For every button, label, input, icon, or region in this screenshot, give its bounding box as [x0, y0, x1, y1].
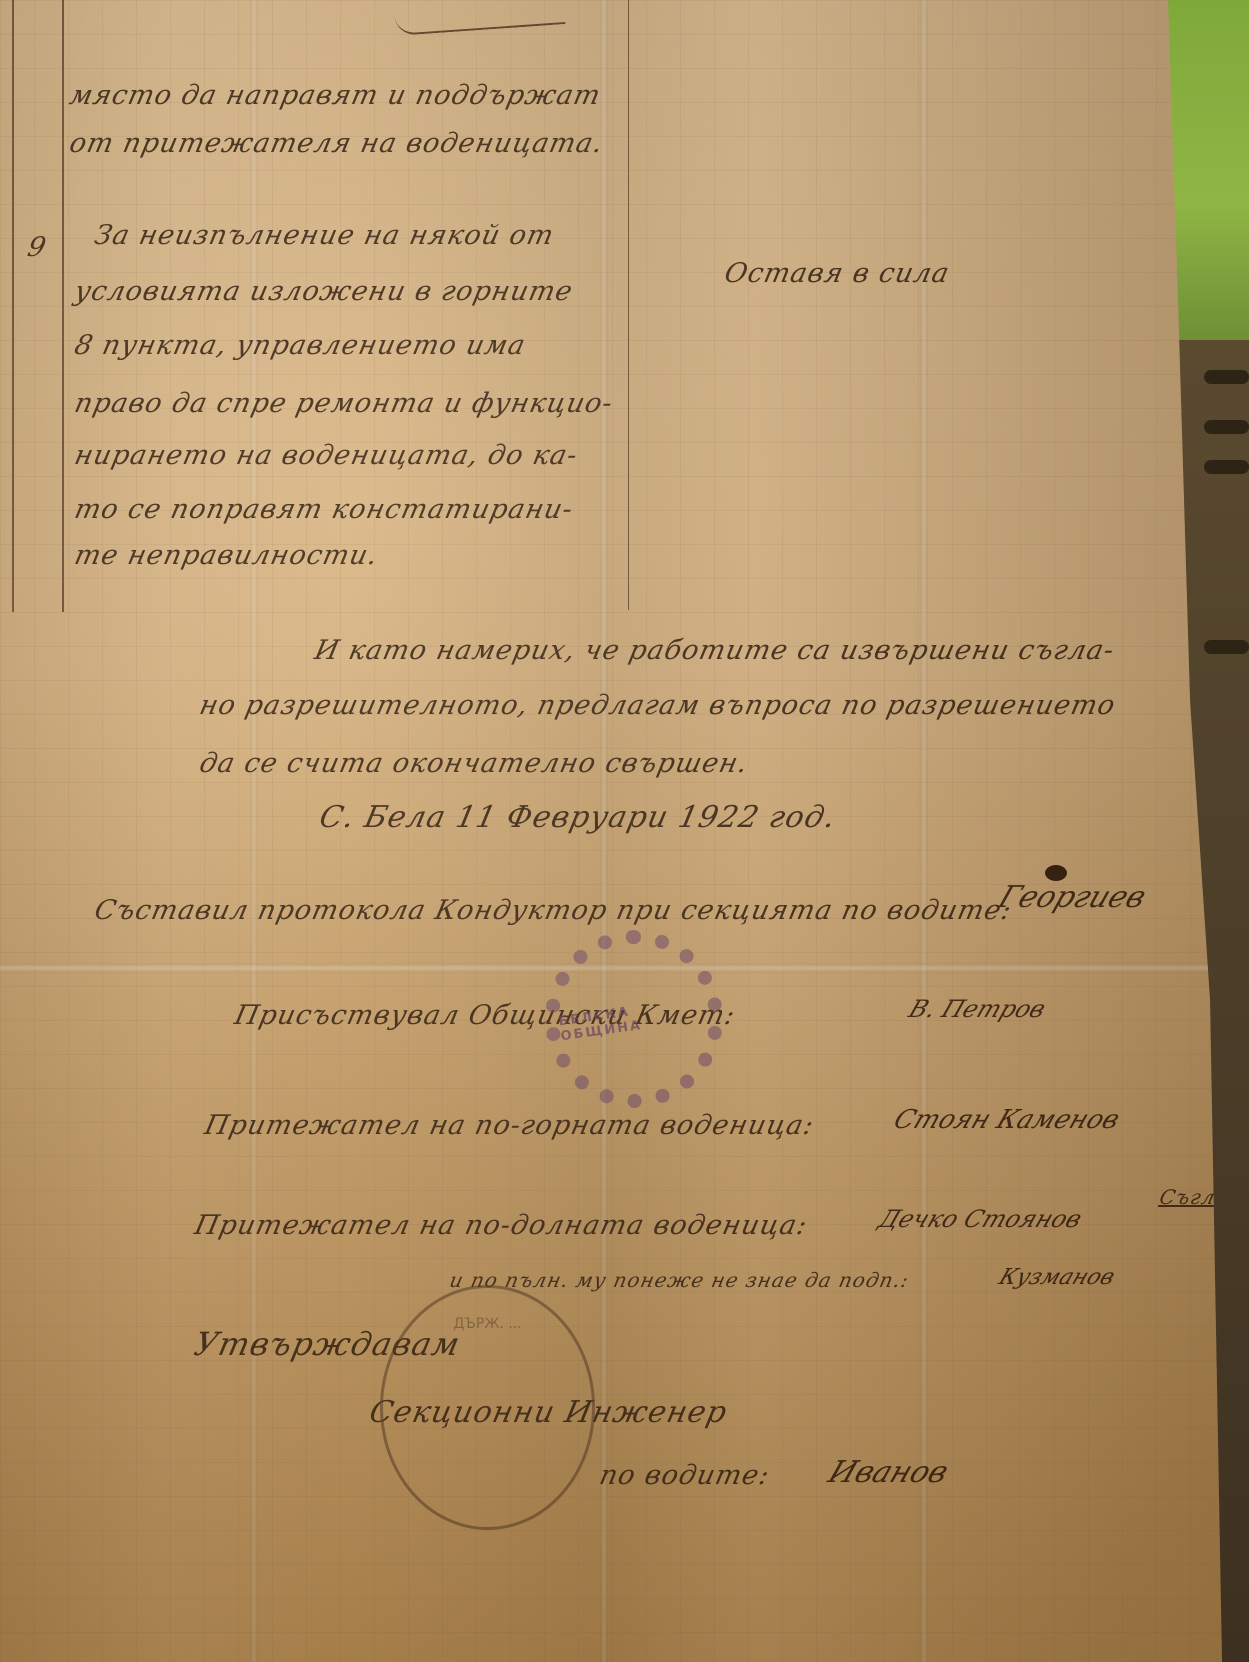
conclusion-line: но разрешителното, предлагам въпроса по …: [197, 690, 1119, 721]
ink-blot: [1045, 865, 1067, 881]
condition-line: те неправилности.: [72, 540, 381, 571]
paper-fold: [920, 0, 928, 1662]
signatory-extra-line: и по пълн. му понеже не знае да подп.:: [447, 1268, 911, 1292]
stamp-text: ДЪРЖ. ...: [453, 1316, 521, 1332]
row-decision: Оставя в сила: [722, 258, 953, 289]
table-border-left: [12, 0, 14, 612]
signature: Кузманов: [995, 1265, 1118, 1290]
table-column-divider: [62, 0, 64, 612]
table-continued-line: от притежателя на воденицата.: [67, 128, 607, 159]
engineer-stamp: ДЪРЖ. ...: [380, 1285, 595, 1530]
signatory-label: Притежател на по-горната воденица:: [202, 1110, 817, 1141]
cloth-stripe: [1204, 640, 1249, 654]
signatory-label: Съставил протокола Кондуктор при секцият…: [92, 895, 1015, 926]
signatory-label: Притежател на по-долната воденица:: [192, 1210, 811, 1241]
cloth-stripe: [1204, 460, 1249, 474]
conclusion-line: И като намерих, че работите са извършени…: [312, 635, 1118, 666]
condition-line: За неизпълнение на някой от: [92, 220, 557, 251]
municipal-stamp: БЕЛСКА ОБЩИНА: [545, 930, 723, 1108]
conclusion-line: да се счита окончателно свършен.: [197, 748, 751, 779]
document-paper: място да направят и поддържат от притежа…: [0, 0, 1222, 1662]
condition-line: то се поправят констатирани-: [72, 494, 577, 525]
condition-line: условията изложени в горните: [72, 276, 576, 307]
condition-line: нирането на воденицата, до ка-: [72, 440, 581, 471]
table-continued-line: място да направят и поддържат: [67, 80, 604, 111]
condition-line: 8 пункта, управлението има: [72, 330, 529, 361]
cloth-stripe: [1204, 370, 1249, 384]
place-date: С. Бела 11 Февруари 1922 год.: [316, 800, 839, 835]
signature: Дечко Стоянов: [875, 1205, 1086, 1233]
condition-line: право да спре ремонта и функцио-: [72, 388, 616, 419]
signature: Георгиев: [994, 880, 1151, 915]
signature: В. Петров: [905, 995, 1050, 1023]
signature: Иванов: [824, 1455, 954, 1490]
signature: Стоян Каменов: [890, 1105, 1124, 1135]
table-column-divider: [628, 0, 629, 610]
stamp-text: БЕЛСКА ОБЩИНА: [558, 994, 711, 1045]
cloth-stripe: [1204, 420, 1249, 434]
approval-line: по водите:: [597, 1460, 773, 1491]
